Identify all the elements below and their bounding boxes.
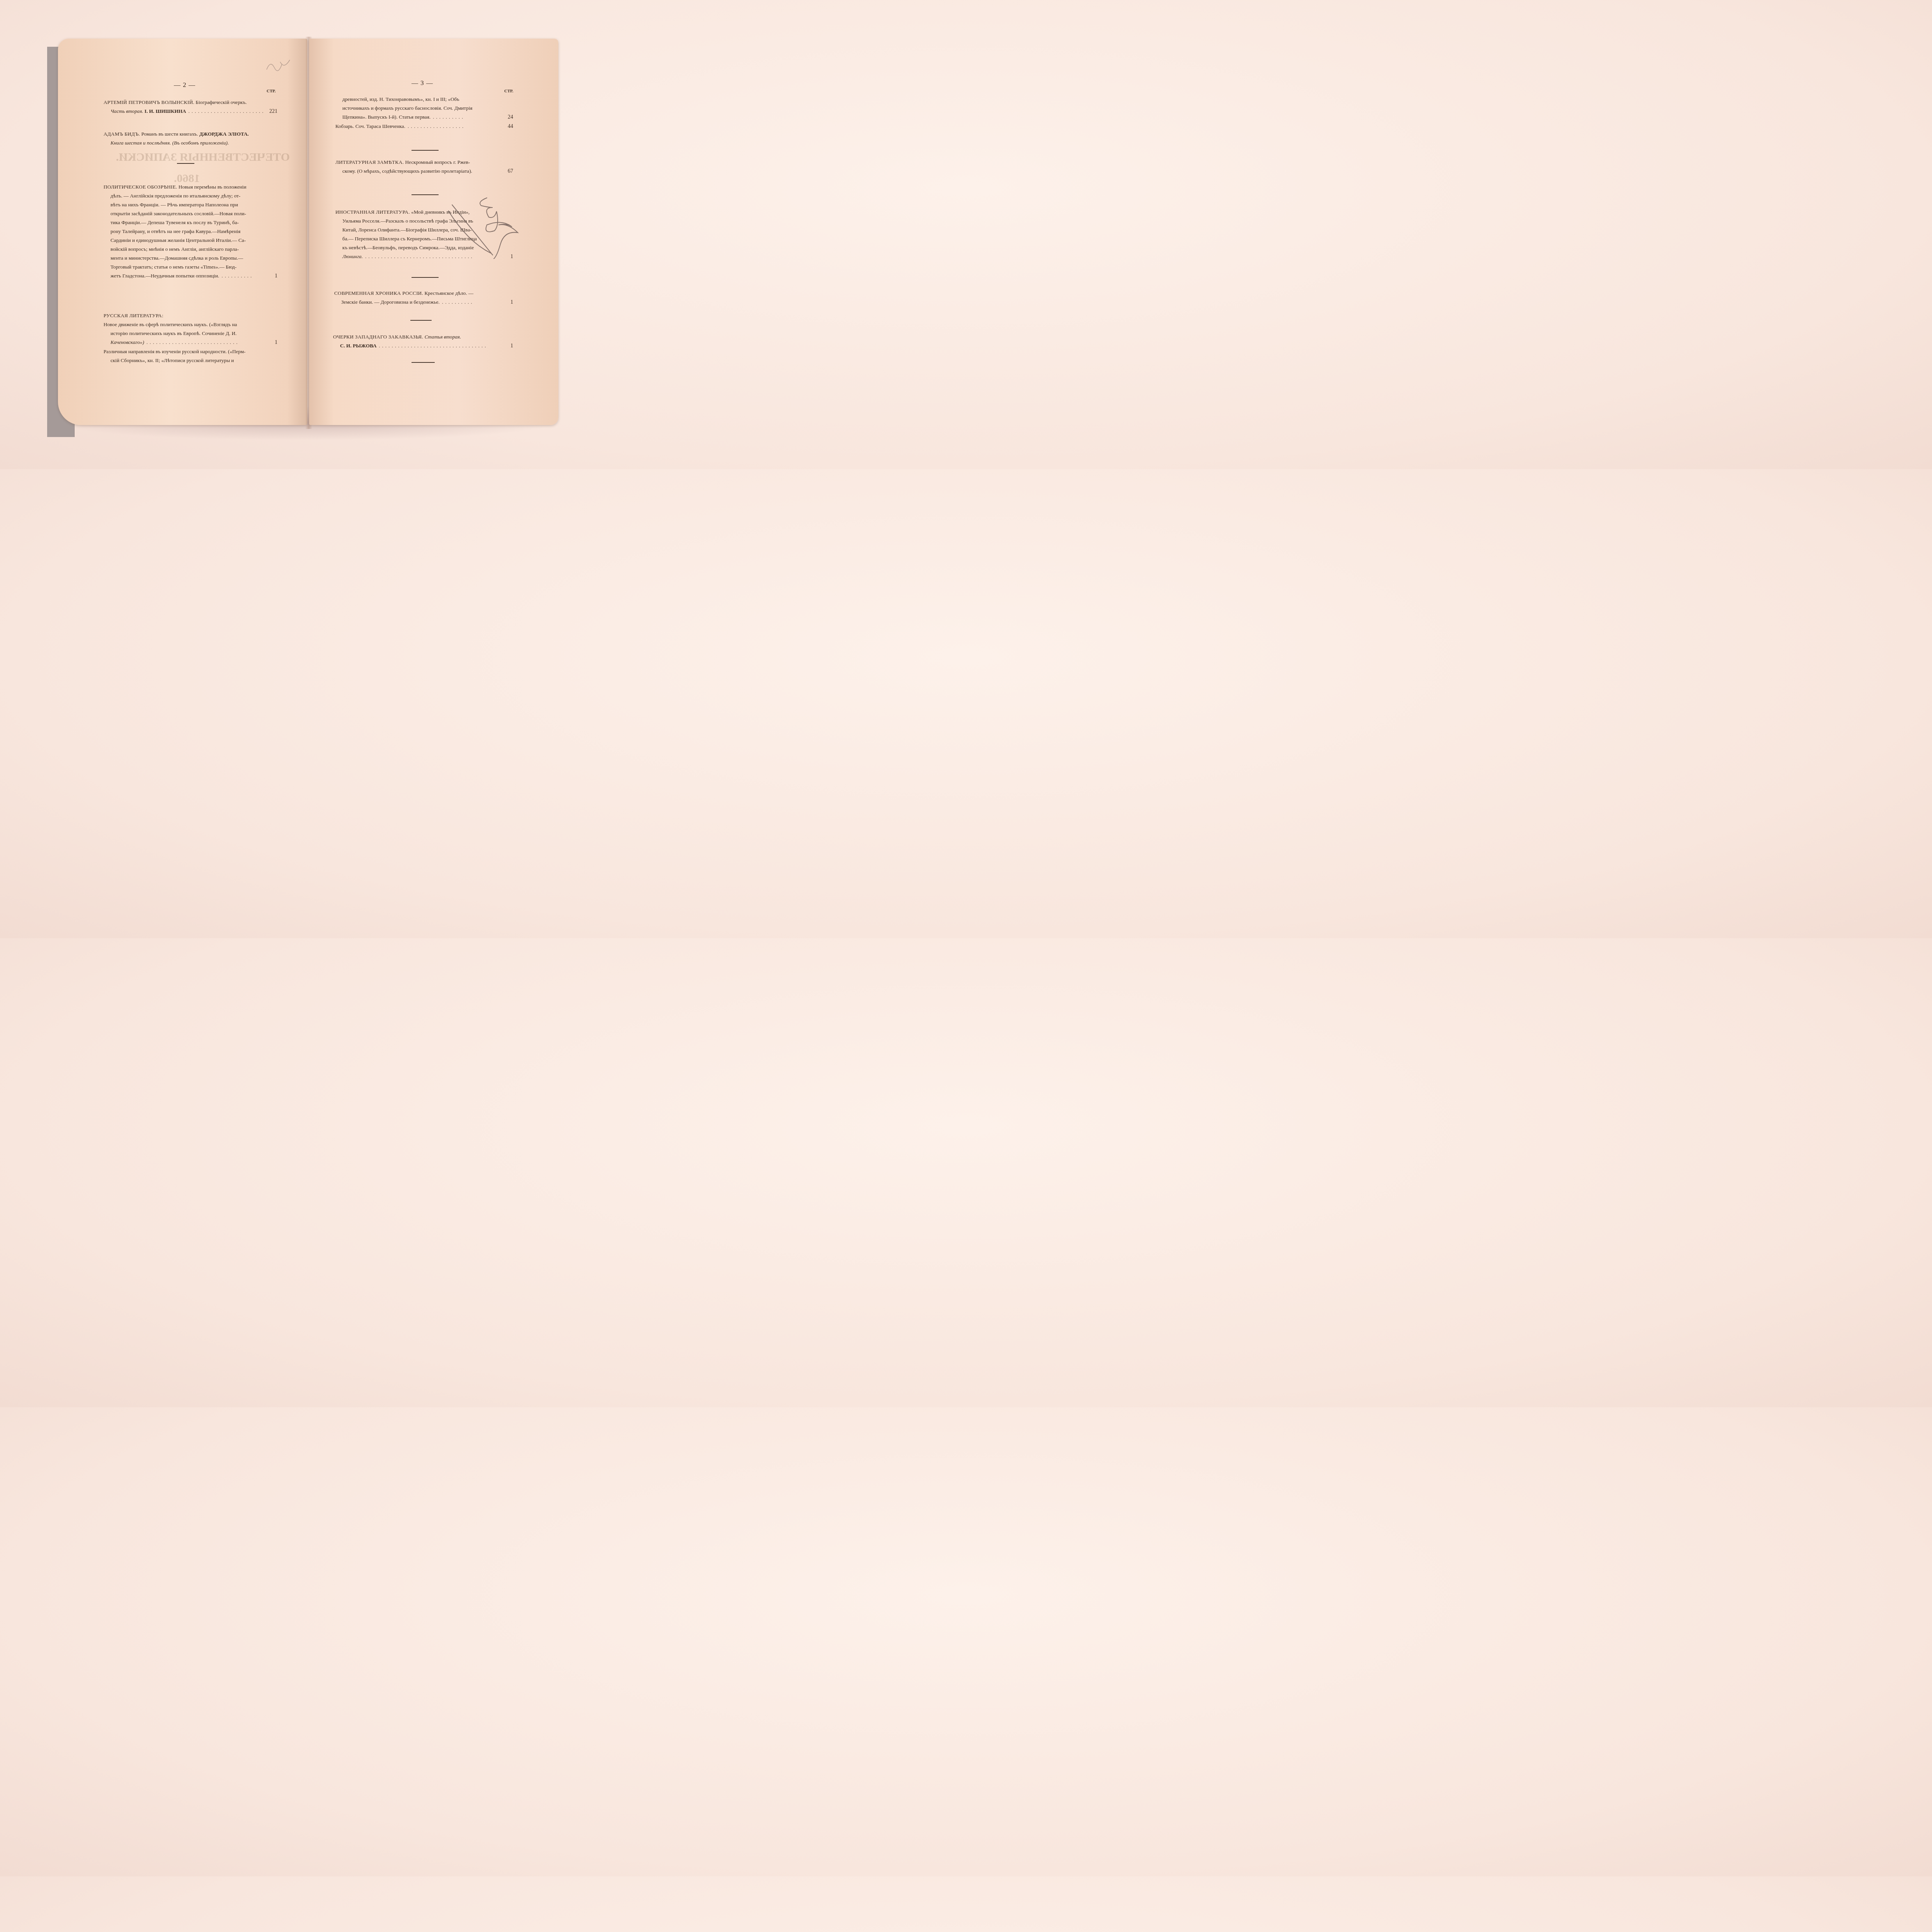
toc-entry: АДАМЪ БИДЪ. Романъ въ шести книгахъ. ДЖО…: [104, 129, 277, 147]
separator-rule: [412, 362, 435, 363]
toc-entry-russian-literature: РУССКАЯ ЛИТЕРАТУРА: Новое движеніе въ сф…: [104, 311, 277, 365]
page-ref: 1: [267, 272, 277, 281]
separator-rule: [410, 320, 432, 321]
page-ref: 1: [503, 342, 513, 350]
page-ref: 1: [503, 298, 513, 307]
page-ref: 24: [503, 113, 513, 122]
leader-dots: .............................: [146, 338, 265, 347]
separator-rule: [412, 277, 439, 278]
page-ref: 1: [267, 338, 277, 347]
pencil-signature-icon: [448, 189, 526, 259]
leader-dots: ..........: [221, 271, 265, 280]
toc-entry-caucasus: ОЧЕРКИ ЗАПАДНАГО ЗАКАВКАЗЬЯ. Статья втор…: [333, 332, 513, 350]
page-ref: 44: [503, 122, 513, 131]
column-header-str: СТР.: [504, 89, 513, 94]
separator-rule: [177, 163, 194, 164]
page-ref: 67: [503, 167, 513, 176]
bleed-through-title: ОТЕЧЕСТВЕННЫЯ ЗАПИСКИ.: [116, 151, 290, 164]
page-number: — 3 —: [412, 79, 433, 87]
toc-entry-continuation: древностей, изд. Н. Тихонравовымъ», кн. …: [335, 95, 513, 131]
leader-dots: ..........: [442, 298, 501, 306]
leader-dots: ..................: [408, 122, 501, 131]
separator-rule: [412, 194, 439, 195]
right-page: — 3 — СТР. древностей, изд. Н. Тихонраво…: [309, 39, 558, 425]
left-page: ОТЕЧЕСТВЕННЫЯ ЗАПИСКИ. 1860. — 2 — СТР. …: [58, 39, 307, 425]
toc-entry-political-review: ПОЛИТИЧЕСКОЕ ОБОЗРѢНІЕ. Новыя перемѣны в…: [104, 182, 277, 281]
toc-entry-literary-note: ЛИТЕРАТУРНАЯ ЗАМѢТКА. Нескромный вопросъ…: [335, 158, 513, 176]
column-header-str: СТР.: [267, 89, 276, 94]
leader-dots: ..............................: [189, 107, 265, 116]
leader-dots: ..........: [433, 112, 501, 121]
leader-dots: ..................................: [379, 341, 501, 350]
pencil-mark-icon: [263, 54, 294, 77]
toc-entry-chronicle: СОВРЕМЕННАЯ ХРОНИКА РОССІИ. Крестьянское…: [334, 289, 513, 307]
page-ref: 221: [267, 107, 277, 116]
toc-entry: АРТЕМІЙ ПЕТРОВИЧЪ ВОЛЫНСКІЙ. Біографичес…: [104, 98, 277, 116]
separator-rule: [412, 150, 439, 151]
page-number: — 2 —: [174, 81, 196, 89]
